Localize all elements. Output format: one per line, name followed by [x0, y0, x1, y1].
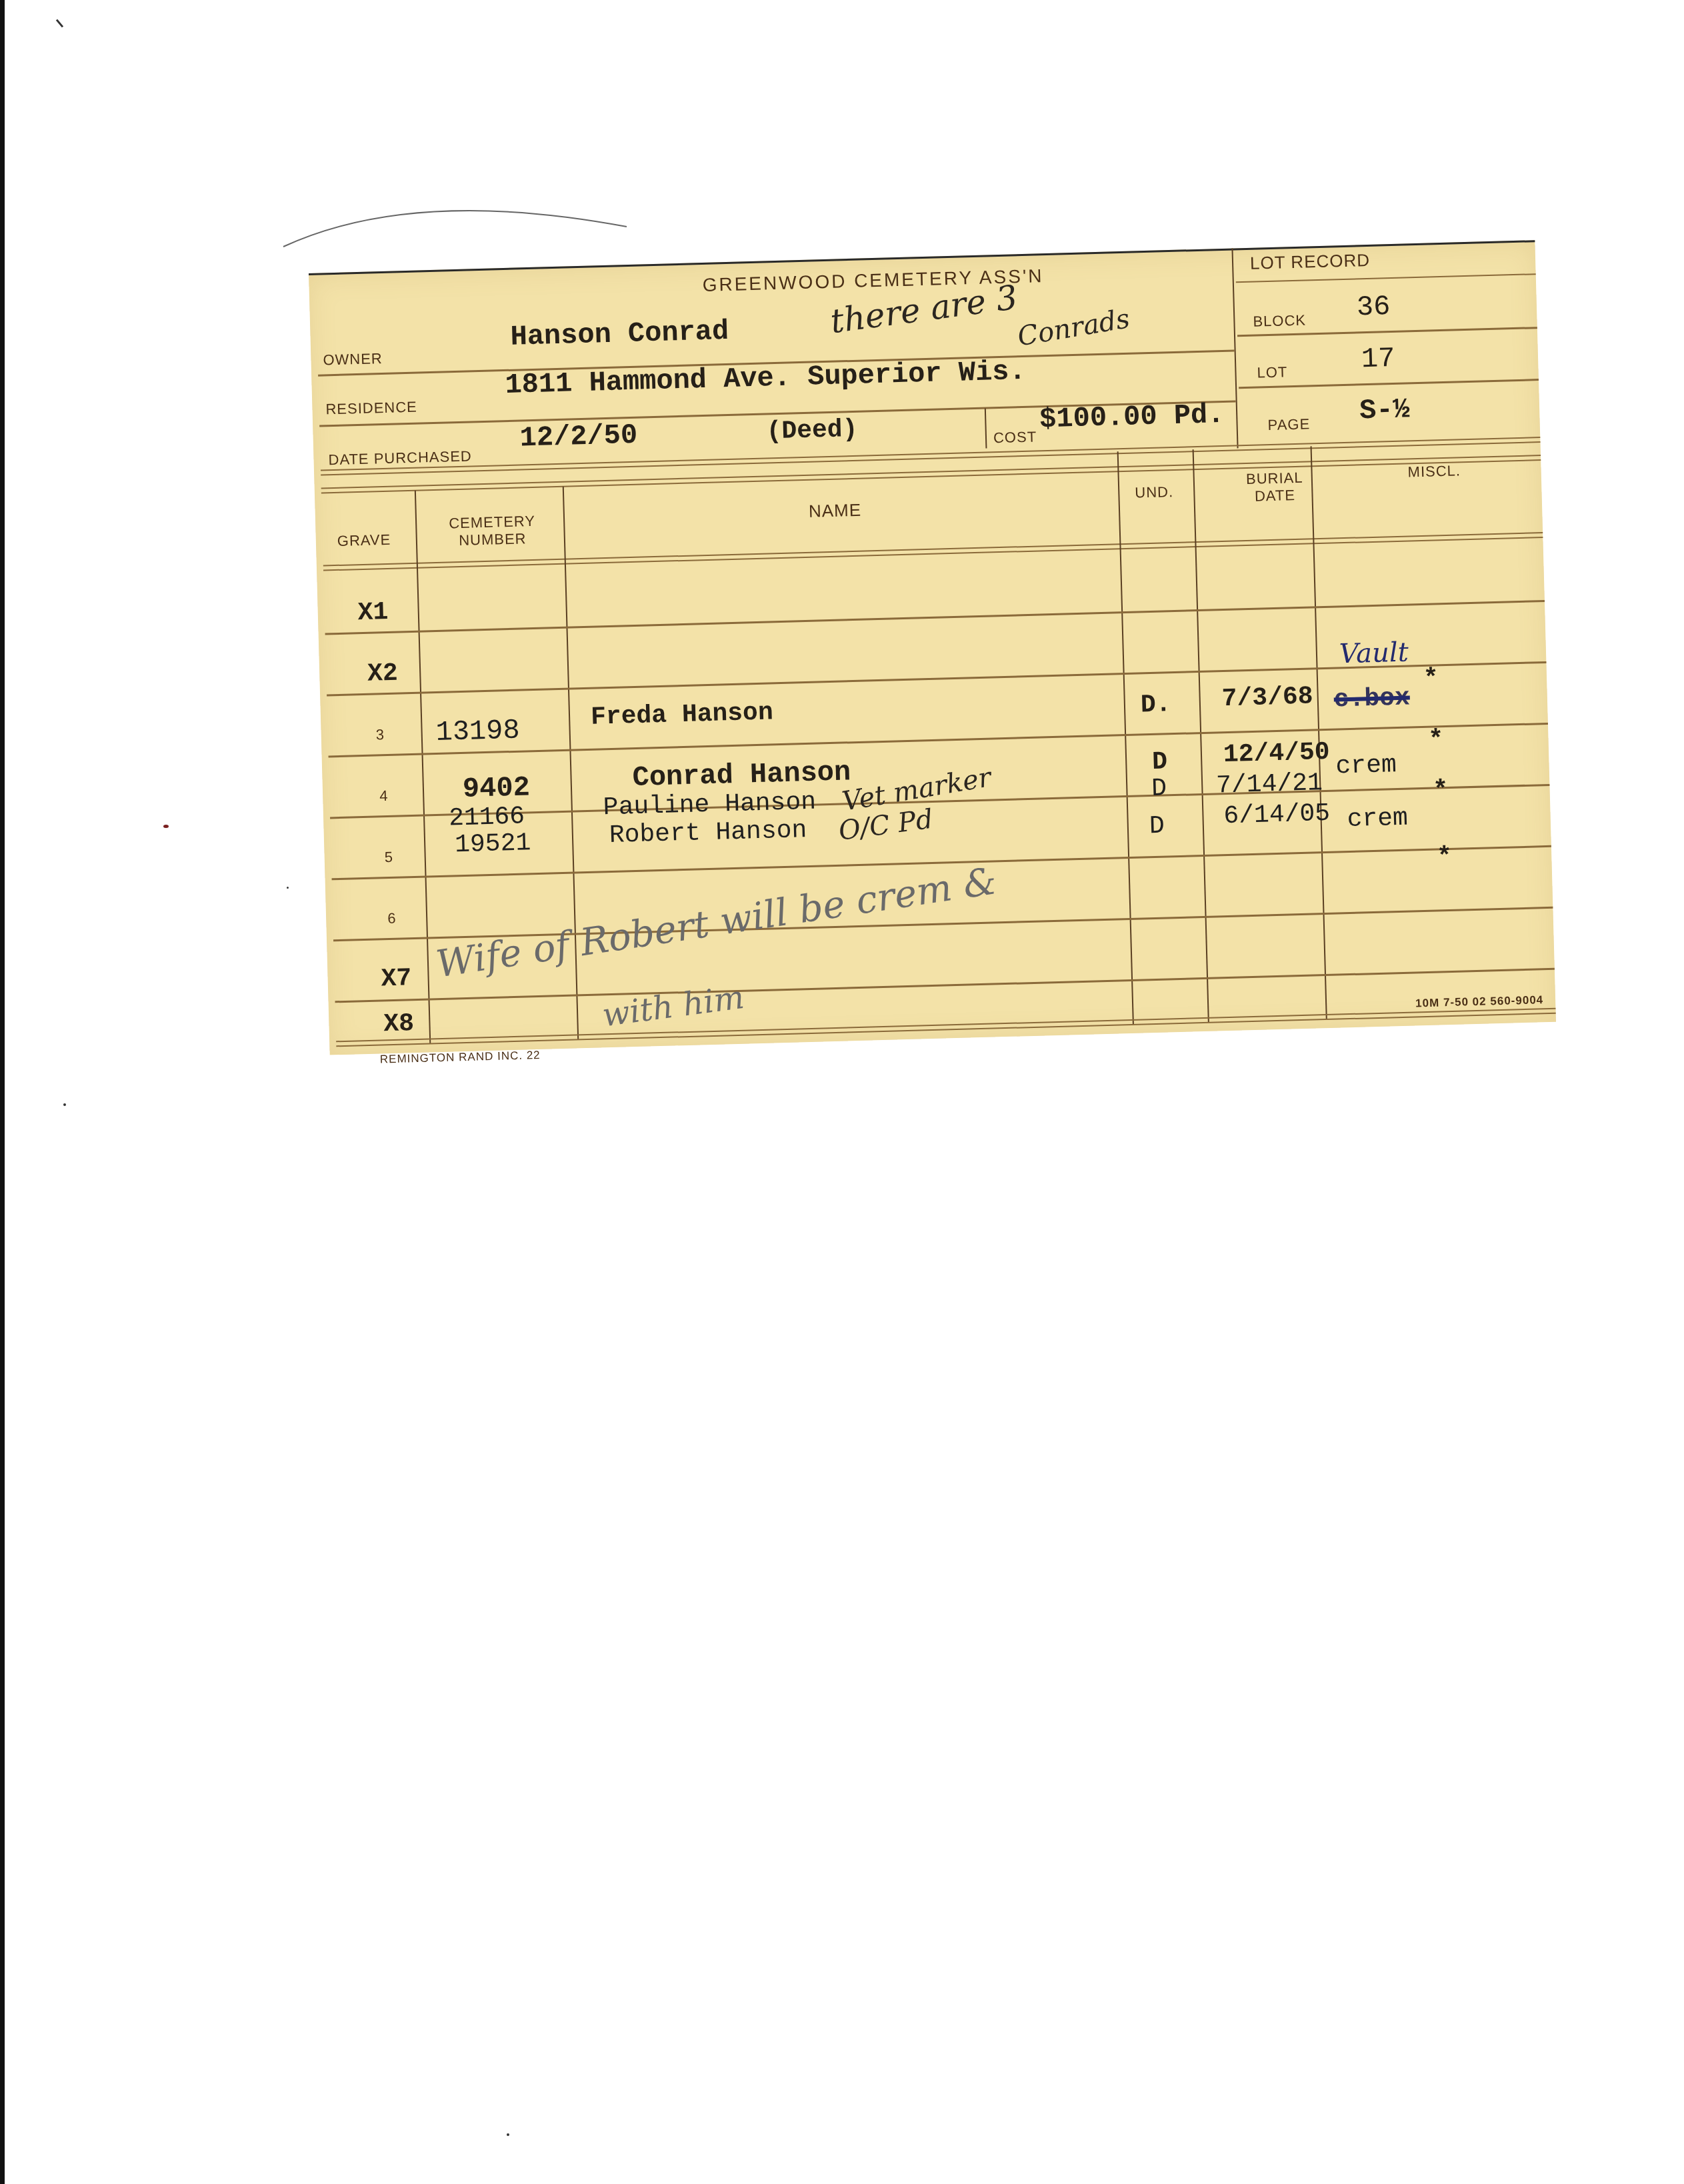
cost-label: COST [993, 429, 1037, 447]
col-grave-header: GRAVE [337, 531, 391, 550]
residence-label: RESIDENCE [325, 399, 417, 419]
col-miscl-header: MISCL. [1407, 462, 1461, 481]
grave-number: X8 [383, 1009, 415, 1039]
cemetery-number: 13198 [435, 715, 520, 749]
miscl-value: crem [1347, 804, 1408, 834]
owner-label: OWNER [323, 350, 383, 369]
lot-value: 17 [1361, 343, 1395, 375]
und-value: D [1149, 812, 1165, 841]
burial-date: 7/3/68 [1221, 682, 1313, 713]
lot-record-title: LOT RECORD [1250, 250, 1371, 274]
miscl-asterisk: * [1428, 725, 1444, 755]
page-value: S-½ [1359, 393, 1410, 427]
scan-edge [0, 0, 5, 2184]
cemetery-number: 21166 [449, 802, 525, 833]
miscl-struck-entry: c.box [1333, 684, 1410, 715]
scan-speck [56, 19, 63, 28]
miscl-asterisk: * [1437, 843, 1453, 872]
miscl-asterisk: * [1433, 776, 1449, 805]
interment-name: Conrad Hanson [632, 756, 851, 794]
interment-name: Robert Hanson [609, 816, 807, 850]
burial-date: 7/14/21 [1216, 769, 1323, 800]
block-label: BLOCK [1253, 312, 1306, 331]
burial-date: 12/4/50 [1223, 738, 1330, 769]
und-value: D. [1140, 690, 1171, 719]
burial-date: 6/14/05 [1223, 799, 1331, 831]
grave-number: X2 [367, 659, 399, 689]
scan-speck [507, 2133, 509, 2136]
scan-speck [163, 825, 169, 828]
grave-number: 5 [384, 849, 393, 866]
cost-value: $100.00 Pd. [1039, 399, 1225, 435]
block-value: 36 [1356, 291, 1391, 323]
miscl-handwritten-vault: Vault [1339, 637, 1409, 670]
col-und-header: UND. [1135, 483, 1173, 502]
scan-speck [63, 1103, 66, 1106]
grave-number: X1 [357, 598, 389, 627]
scan-speck [287, 887, 289, 889]
grave-number: X7 [381, 964, 412, 993]
col-name-header: NAME [808, 500, 861, 522]
und-value: D [1152, 747, 1168, 777]
grave-number: 3 [375, 726, 385, 743]
page-label: PAGE [1267, 415, 1310, 434]
grave-number: 6 [387, 910, 397, 927]
col-burial-date-header: BURIAL DATE [1228, 469, 1322, 506]
date-purchased-value: 12/2/50 [519, 419, 638, 455]
col-cemetery-number-header: CEMETERY NUMBER [435, 512, 549, 550]
cemetery-number: 9402 [462, 771, 530, 805]
miscl-asterisk: * [1423, 664, 1439, 693]
grave-number: 4 [379, 787, 389, 805]
cemetery-number: 19521 [455, 829, 531, 859]
lot-record-card: GREENWOOD CEMETERY ASS'N LOT RECORD OWNE… [307, 167, 1570, 1080]
owner-value: Hanson Conrad [510, 315, 729, 353]
lot-label: LOT [1257, 363, 1287, 381]
interment-name: Freda Hanson [591, 698, 774, 731]
miscl-value: crem [1335, 751, 1397, 781]
und-value: D [1151, 774, 1167, 803]
deed-note: (Deed) [766, 415, 858, 447]
